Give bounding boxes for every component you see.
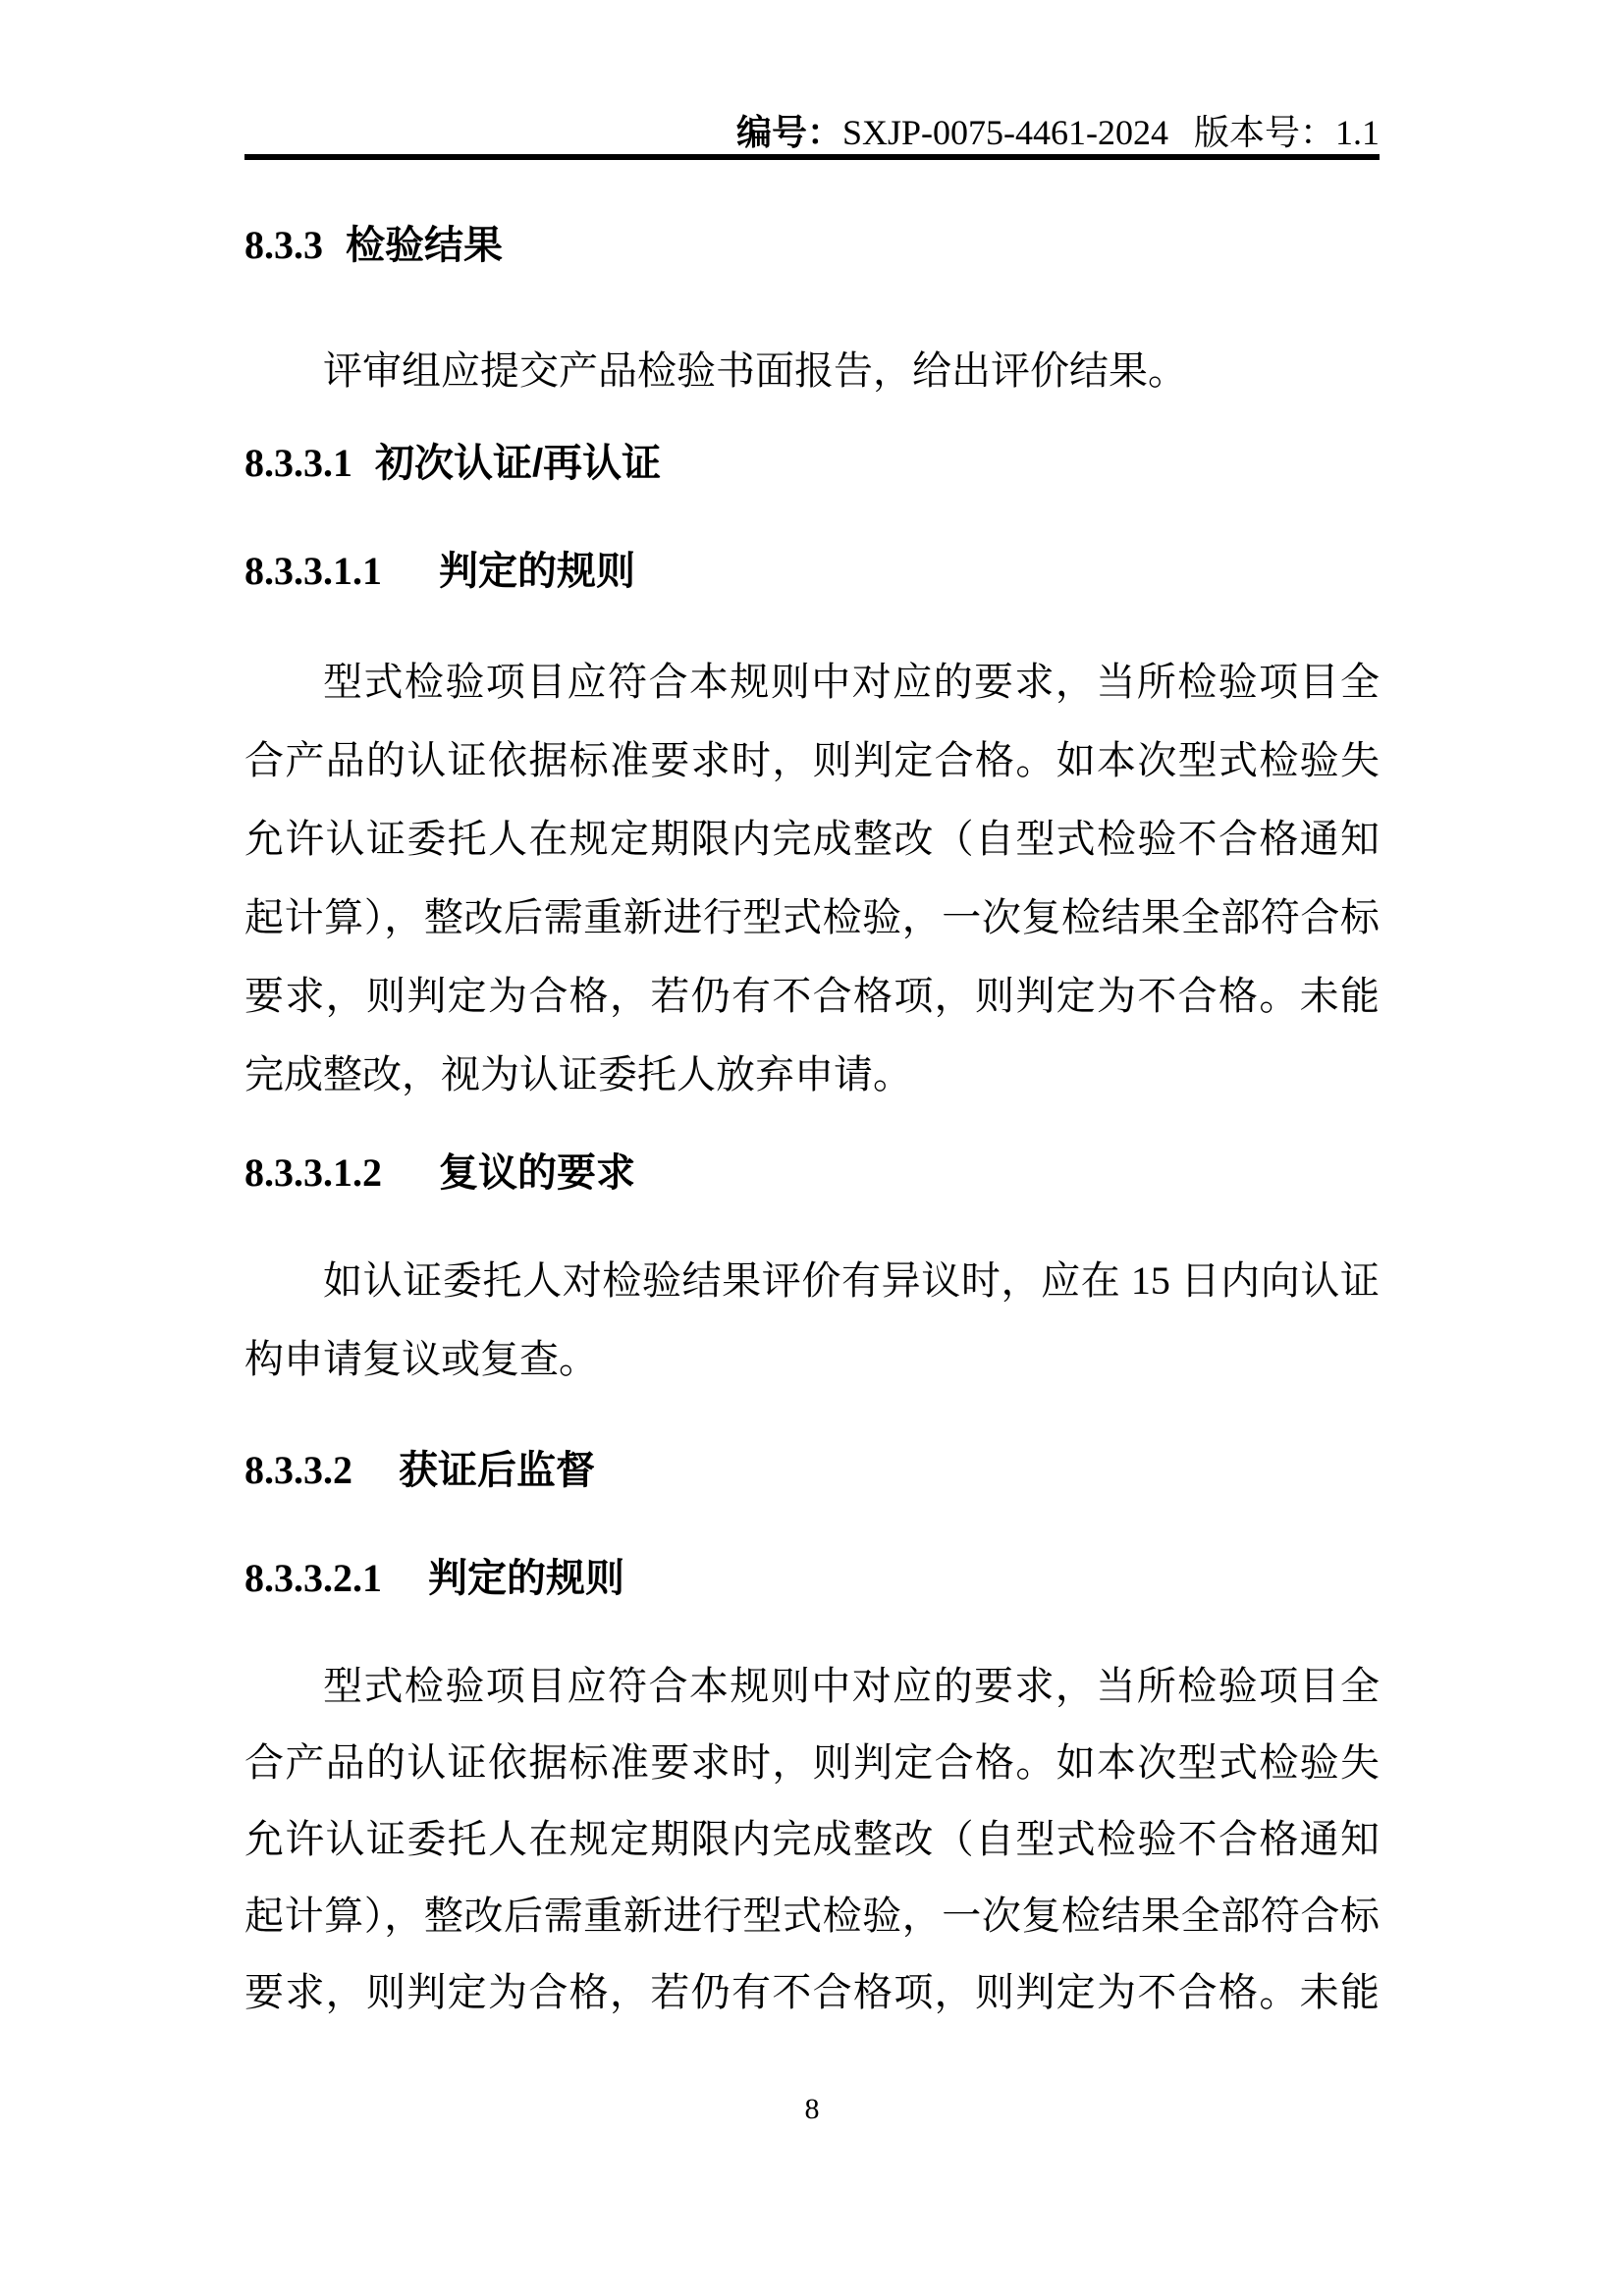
paragraph-line: 允许认证委托人在规定期限内完成整改（自型式检验不合格通知之日 [244, 1801, 1380, 1878]
paragraph-line: 评审组应提交产品检验书面报告，给出评价结果。 [244, 332, 1380, 410]
paragraph-judgement-rules-surveillance: 型式检验项目应符合本规则中对应的要求，当所检验项目全部符 合产品的认证依据标准要… [244, 1648, 1380, 2031]
version-label: 版本号： [1194, 113, 1335, 152]
section-heading-8-3-3-1-2: 8.3.3.1.2复议的要求 [244, 1149, 1380, 1197]
version-value: 1.1 [1335, 113, 1380, 152]
paragraph-line: 起计算），整改后需重新进行型式检验，一次复检结果全部符合标准 [244, 879, 1380, 957]
heading-title: 获证后监督 [399, 1449, 595, 1492]
heading-title: 复议的要求 [439, 1151, 635, 1195]
doc-number-value: SXJP-0075-4461-2024 [842, 113, 1168, 152]
paragraph-line: 合产品的认证依据标准要求时，则判定合格。如本次型式检验失败， [244, 1725, 1380, 1801]
paragraph-line: 如认证委托人对检验结果评价有异议时，应在 15 日内向认证机 [244, 1242, 1380, 1320]
section-heading-8-3-3-1-1: 8.3.3.1.1判定的规则 [244, 548, 1380, 595]
heading-number: 8.3.3 [244, 223, 323, 267]
heading-number: 8.3.3.1.1 [244, 549, 382, 593]
paragraph-inspection-result: 评审组应提交产品检验书面报告，给出评价结果。 [244, 332, 1380, 410]
paragraph-line: 起计算），整改后需重新进行型式检验，一次复检结果全部符合标准 [244, 1878, 1380, 1954]
paragraph-line: 构申请复议或复查。 [244, 1320, 1380, 1399]
paragraph-line: 型式检验项目应符合本规则中对应的要求，当所检验项目全部符 [244, 643, 1380, 721]
heading-title: 检验结果 [346, 224, 503, 267]
heading-title: 判定的规则 [428, 1557, 624, 1600]
paragraph-line: 完成整改，视为认证委托人放弃申请。 [244, 1036, 1380, 1114]
heading-number: 8.3.3.2.1 [244, 1556, 382, 1600]
doc-number-label: 编号： [736, 112, 842, 152]
paragraph-judgement-rules-initial: 型式检验项目应符合本规则中对应的要求，当所检验项目全部符 合产品的认证依据标准要… [244, 643, 1380, 1114]
section-heading-8-3-3-2: 8.3.3.2获证后监督 [244, 1447, 1380, 1494]
section-heading-8-3-3: 8.3.3检验结果 [244, 222, 1380, 269]
paragraph-appeal-requirements: 如认证委托人对检验结果评价有异议时，应在 15 日内向认证机 构申请复议或复查。 [244, 1242, 1380, 1399]
section-heading-8-3-3-2-1: 8.3.3.2.1判定的规则 [244, 1555, 1380, 1602]
heading-number: 8.3.3.2 [244, 1448, 352, 1492]
section-heading-8-3-3-1: 8.3.3.1初次认证/再认证 [244, 440, 1380, 487]
paragraph-line: 允许认证委托人在规定期限内完成整改（自型式检验不合格通知之日 [244, 800, 1380, 879]
heading-number: 8.3.3.1.2 [244, 1150, 382, 1195]
paragraph-line: 型式检验项目应符合本规则中对应的要求，当所检验项目全部符 [244, 1648, 1380, 1725]
heading-title: 初次认证/再认证 [375, 442, 661, 485]
document-page: 编号：SXJP-0075-4461-2024版本号：1.1 8.3.3检验结果 … [0, 0, 1624, 2296]
heading-title: 判定的规则 [439, 550, 635, 593]
paragraph-line: 要求，则判定为合格，若仍有不合格项，则判定为不合格。未能按期 [244, 1954, 1380, 2031]
paragraph-line: 合产品的认证依据标准要求时，则判定合格。如本次型式检验失败， [244, 721, 1380, 800]
header-rule [244, 154, 1380, 160]
heading-number: 8.3.3.1 [244, 441, 352, 485]
page-number: 8 [0, 2088, 1624, 2131]
paragraph-line: 要求，则判定为合格，若仍有不合格项，则判定为不合格。未能按期 [244, 957, 1380, 1036]
page-header: 编号：SXJP-0075-4461-2024版本号：1.1 [244, 111, 1380, 154]
